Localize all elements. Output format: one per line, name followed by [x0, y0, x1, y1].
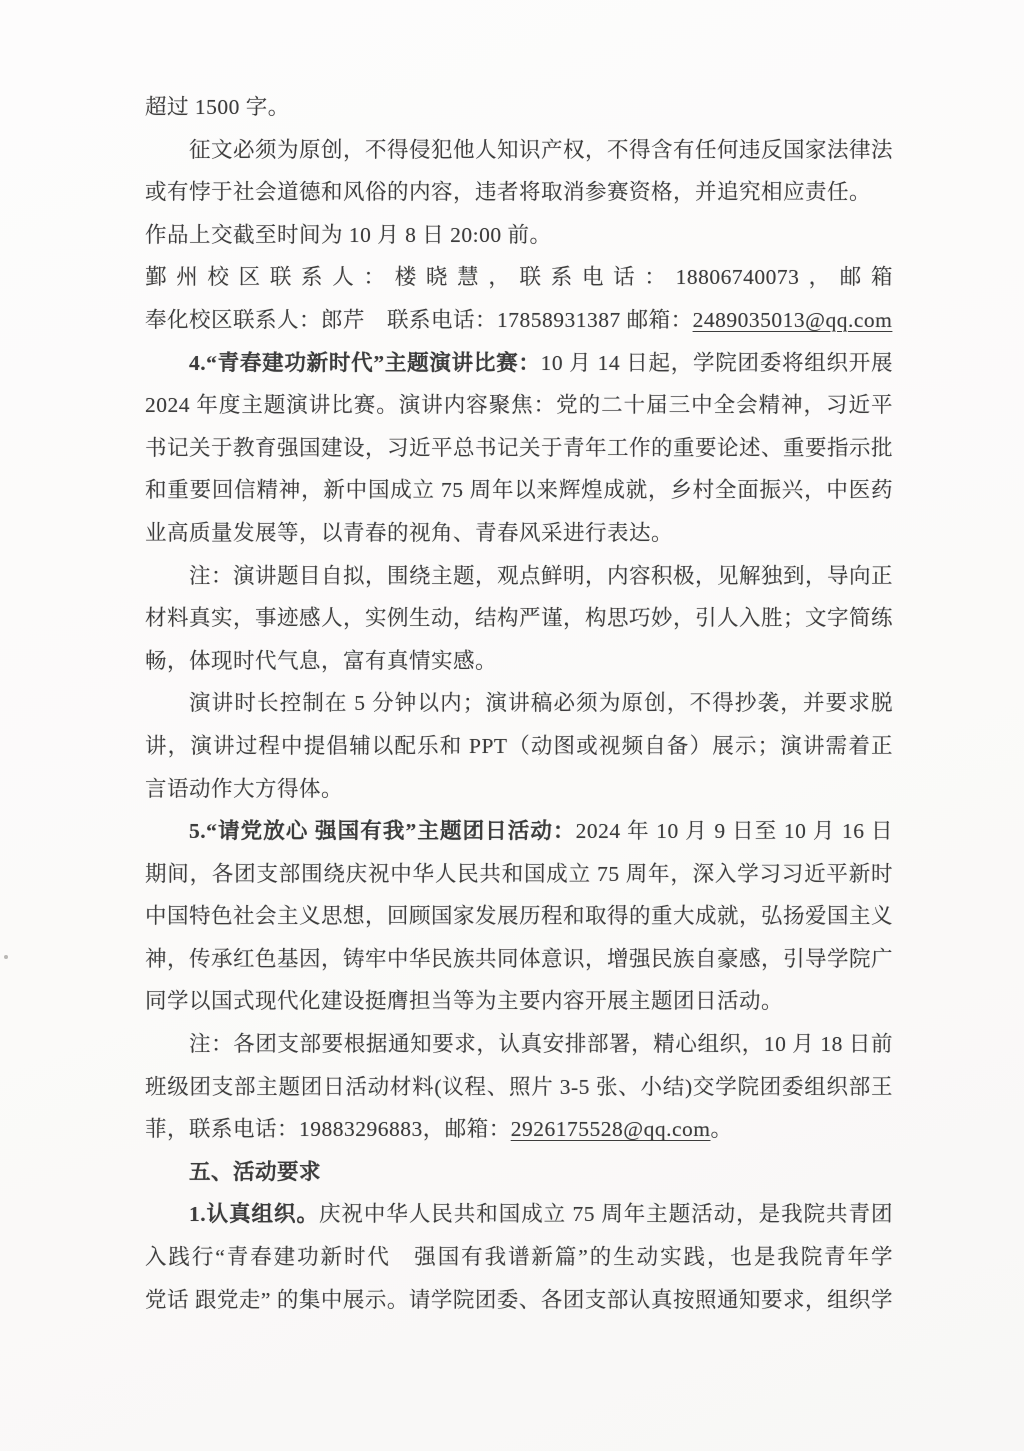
- text-segment: 同学以国式现代化建设挺膺担当等为主要内容开展主题团日活动。: [145, 989, 783, 1013]
- text-segment: 讲，演讲过程中提倡辅以配乐和 PPT（动图或视频自备）展示；演讲需着正装，: [145, 734, 893, 768]
- text-segment: 注：各团支部要根据通知要求，认真安排部署，精心组织，10 月 18 日前将: [145, 1032, 893, 1066]
- text-segment: 菲，联系电话：19883296883，邮箱：: [145, 1117, 511, 1141]
- line-section5-heading: 五、活动要求: [145, 1151, 893, 1194]
- line-item5-body-1: 期间，各团支部围绕庆祝中华人民共和国成立 75 周年，深入学习习近平新时代: [145, 853, 893, 896]
- text-segment: 10 月 14 日起，学院团委将组织开展: [541, 351, 893, 375]
- text-segment: 超过 1500 字。: [145, 95, 290, 119]
- text-segment: 2024 年 10 月 9 日至 10 月 16 日: [576, 819, 893, 843]
- text-segment: 奉化校区联系人：郎芹 联系电话：17858931387 邮箱：: [145, 308, 693, 332]
- line-item4-speech-rule-3: 言语动作大方得体。: [145, 768, 893, 811]
- line-item4-note-1: 注：演讲题目自拟，围绕主题，观点鲜明，内容积极，见解独到，导向正确；: [145, 555, 893, 598]
- text-segment: 党话 跟党走” 的集中展示。请学院团委、各团支部认真按照通知要求，组织学: [145, 1288, 893, 1312]
- text-segment: 和重要回信精神，新中国成立 75 周年以来辉煌成就，乡村全面振兴，中医药事: [145, 478, 893, 512]
- line-contact-fenghua: 奉化校区联系人：郎芹 联系电话：17858931387 邮箱：248903501…: [145, 299, 893, 342]
- heading-segment: 1.认真组织。: [189, 1202, 319, 1226]
- line-item4-body-1: 2024 年度主题演讲比赛。演讲内容聚焦：党的二十届三中全会精神，习近平总: [145, 384, 893, 427]
- line-essay-rule-1: 征文必须为原创，不得侵犯他人知识产权，不得含有任何违反国家法律法规: [145, 129, 893, 172]
- scan-artifact-dot: [4, 955, 8, 959]
- line-item5-heading: 5.“请党放心 强国有我”主题团日活动：2024 年 10 月 9 日至 10 …: [145, 810, 893, 853]
- line-item4-note-3: 畅，体现时代气息，富有真情实感。: [145, 640, 893, 683]
- line-item5-body-3: 神，传承红色基因，铸牢中华民族共同体意识，增强民族自豪感，引导学院广大: [145, 938, 893, 981]
- text-segment: 入践行“青春建功新时代 强国有我谱新篇”的生动实践，也是我院青年学生“听: [145, 1245, 893, 1279]
- line-essay-rule-2: 或有悖于社会道德和风俗的内容，违者将取消参赛资格，并追究相应责任。: [145, 171, 893, 214]
- text-segment: 鄞州校区联系人：楼晓慧，联系电话：18806740073，邮箱 14019472…: [145, 265, 893, 299]
- text-segment: 注：演讲题目自拟，围绕主题，观点鲜明，内容积极，见解独到，导向正确；: [145, 564, 893, 598]
- document-page: 超过 1500 字。征文必须为原创，不得侵犯他人知识产权，不得含有任何违反国家法…: [0, 0, 1024, 1451]
- line-deadline: 作品上交截至时间为 10 月 8 日 20:00 前。: [145, 214, 893, 257]
- line-item4-note-2: 材料真实，事迹感人，实例生动，结构严谨，构思巧妙，引人入胜；文字简练流: [145, 597, 893, 640]
- line-req1-body-1: 1.认真组织。庆祝中华人民共和国成立 75 周年主题活动，是我院共青团深: [145, 1193, 893, 1236]
- text-segment: 书记关于教育强国建设，习近平总书记关于青年工作的重要论述、重要指示批示: [145, 436, 893, 470]
- line-item5-note-1: 注：各团支部要根据通知要求，认真安排部署，精心组织，10 月 18 日前将: [145, 1023, 893, 1066]
- line-item4-heading: 4.“青春建功新时代”主题演讲比赛：10 月 14 日起，学院团委将组织开展: [145, 342, 893, 385]
- text-segment: 班级团支部主题团日活动材料(议程、照片 3-5 张、小结)交学院团委组织部王雨: [145, 1075, 893, 1109]
- text-segment: 言语动作大方得体。: [145, 777, 343, 801]
- heading-segment: 五、活动要求: [189, 1160, 321, 1184]
- heading-segment: 4.“青春建功新时代”主题演讲比赛：: [189, 351, 541, 375]
- line-contact-yinzhou: 鄞州校区联系人：楼晓慧，联系电话：18806740073，邮箱 14019472…: [145, 256, 893, 299]
- line-word-limit: 超过 1500 字。: [145, 86, 893, 129]
- line-item4-body-2: 书记关于教育强国建设，习近平总书记关于青年工作的重要论述、重要指示批示: [145, 427, 893, 470]
- text-segment: 中国特色社会主义思想，回顾国家发展历程和取得的重大成就，弘扬爱国主义精: [145, 904, 893, 938]
- text-segment: 期间，各团支部围绕庆祝中华人民共和国成立 75 周年，深入学习习近平新时代: [145, 862, 893, 896]
- line-req1-body-2: 入践行“青春建功新时代 强国有我谱新篇”的生动实践，也是我院青年学生“听: [145, 1236, 893, 1279]
- text-segment: 材料真实，事迹感人，实例生动，结构严谨，构思巧妙，引人入胜；文字简练流: [145, 606, 893, 640]
- line-item5-body-2: 中国特色社会主义思想，回顾国家发展历程和取得的重大成就，弘扬爱国主义精: [145, 895, 893, 938]
- line-item4-speech-rule-2: 讲，演讲过程中提倡辅以配乐和 PPT（动图或视频自备）展示；演讲需着正装，: [145, 725, 893, 768]
- text-segment: 作品上交截至时间为 10 月 8 日 20:00 前。: [145, 223, 551, 247]
- email-link[interactable]: 2489035013@qq.com: [693, 308, 893, 332]
- text-segment: 演讲时长控制在 5 分钟以内；演讲稿必须为原创，不得抄袭，并要求脱稿演: [145, 691, 893, 725]
- email-link[interactable]: 2926175528@qq.com: [511, 1117, 711, 1141]
- line-item4-body-3: 和重要回信精神，新中国成立 75 周年以来辉煌成就，乡村全面振兴，中医药事: [145, 469, 893, 512]
- line-item4-speech-rule-1: 演讲时长控制在 5 分钟以内；演讲稿必须为原创，不得抄袭，并要求脱稿演: [145, 682, 893, 725]
- heading-segment: 5.“请党放心 强国有我”主题团日活动：: [189, 819, 576, 843]
- text-segment: 。: [710, 1117, 732, 1141]
- line-req1-body-3: 党话 跟党走” 的集中展示。请学院团委、各团支部认真按照通知要求，组织学: [145, 1279, 893, 1322]
- line-item5-note-2: 班级团支部主题团日活动材料(议程、照片 3-5 张、小结)交学院团委组织部王雨: [145, 1066, 893, 1109]
- document-body: 超过 1500 字。征文必须为原创，不得侵犯他人知识产权，不得含有任何违反国家法…: [145, 86, 893, 1321]
- text-segment: 神，传承红色基因，铸牢中华民族共同体意识，增强民族自豪感，引导学院广大: [145, 947, 893, 981]
- text-segment: 或有悖于社会道德和风俗的内容，违者将取消参赛资格，并追究相应责任。: [145, 180, 871, 204]
- text-segment: 2024 年度主题演讲比赛。演讲内容聚焦：党的二十届三中全会精神，习近平总: [145, 393, 893, 427]
- text-segment: 征文必须为原创，不得侵犯他人知识产权，不得含有任何违反国家法律法规: [145, 138, 893, 172]
- line-item4-body-4: 业高质量发展等，以青春的视角、青春风采进行表达。: [145, 512, 893, 555]
- line-item5-body-4: 同学以国式现代化建设挺膺担当等为主要内容开展主题团日活动。: [145, 980, 893, 1023]
- text-segment: 畅，体现时代气息，富有真情实感。: [145, 649, 497, 673]
- line-item5-note-3: 菲，联系电话：19883296883，邮箱：2926175528@qq.com。: [145, 1108, 893, 1151]
- text-segment: 业高质量发展等，以青春的视角、青春风采进行表达。: [145, 521, 673, 545]
